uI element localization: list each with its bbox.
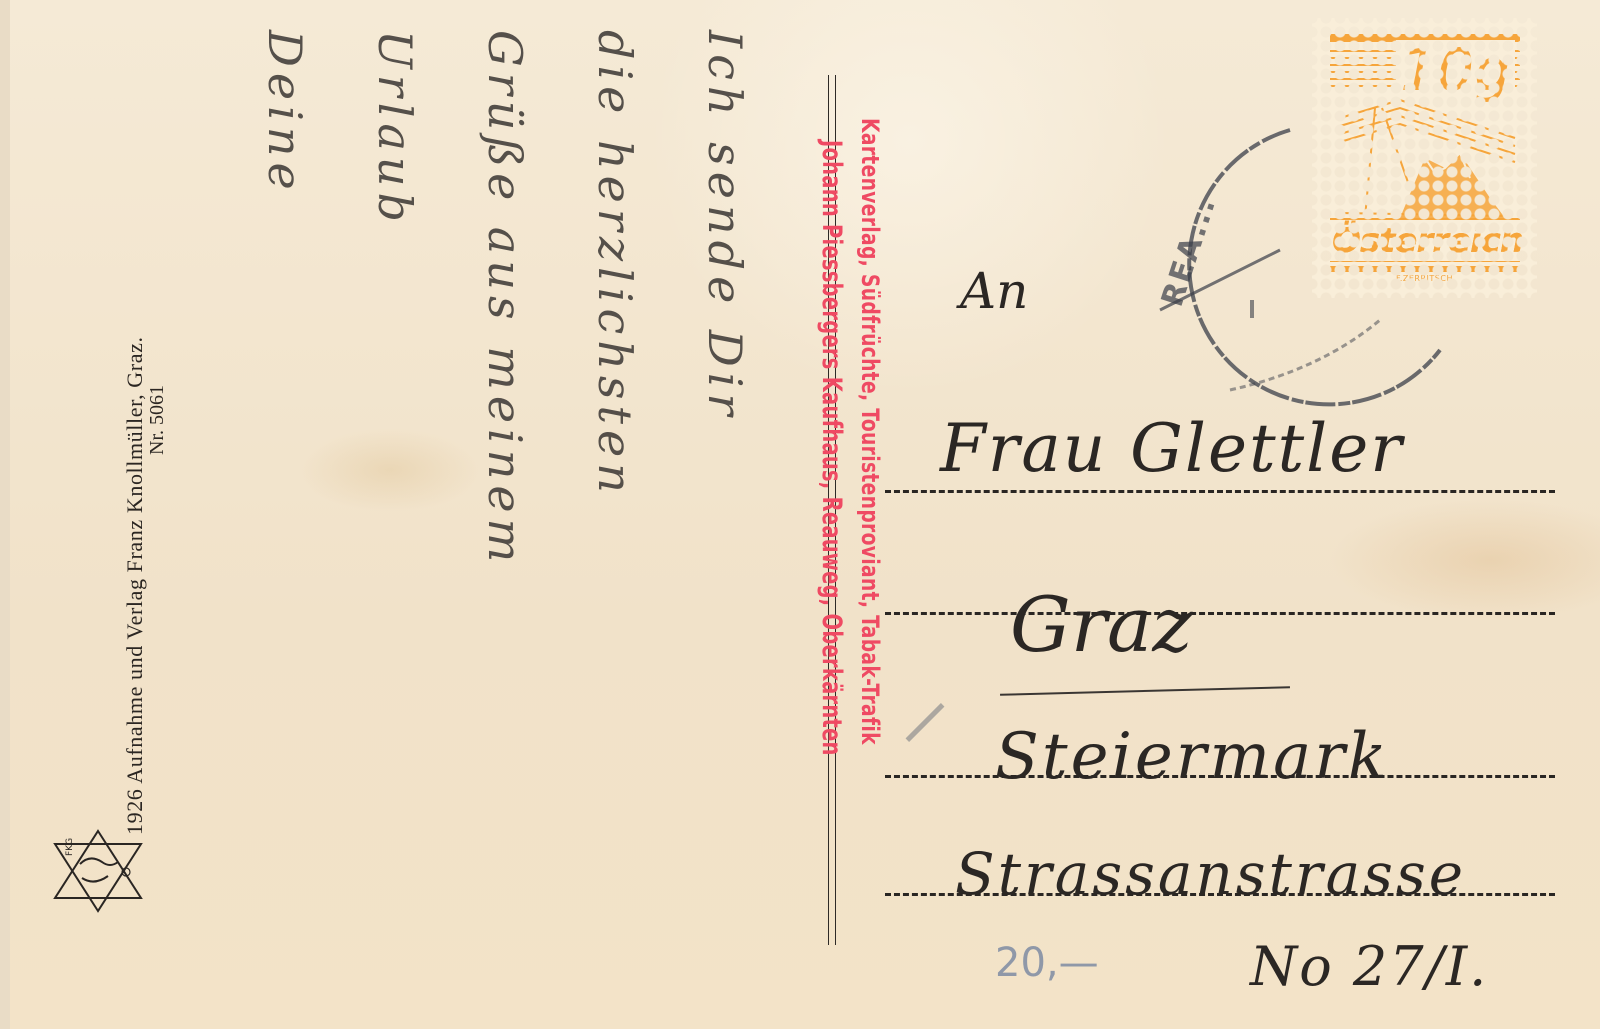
message-line: Grüße aus meinem xyxy=(450,30,560,568)
message-line: Deine xyxy=(230,30,340,568)
publisher-imprint: 1926 Aufnahme und Verlag Franz Knollmüll… xyxy=(122,336,148,835)
address-line xyxy=(885,612,1555,615)
pencil-price-note: 20,— xyxy=(995,940,1099,986)
address-recipient: Frau Glettler xyxy=(940,410,1404,487)
merchant-stamp-line-1: Kartenverlag, Südfrüchte, Touristenprovi… xyxy=(856,118,884,745)
city-underline xyxy=(1000,686,1290,696)
stamp-country-label: Österreich xyxy=(1330,221,1525,261)
postcard-back: 1926 Aufnahme und Verlag Franz Knollmüll… xyxy=(0,0,1600,1029)
pencil-mark xyxy=(906,703,945,742)
address-city: Graz xyxy=(1010,580,1192,669)
address-salutation: An xyxy=(960,262,1028,320)
publisher-line: 1926 Aufnahme und Verlag Franz Knollmüll… xyxy=(122,336,148,835)
address-region: Steiermark xyxy=(995,720,1390,794)
message-line: Ich sende Dir xyxy=(670,30,780,568)
address-house-number: No 27/I. xyxy=(1250,935,1488,998)
address-street: Strassanstrasse xyxy=(955,840,1466,908)
message-line: die herzlichsten xyxy=(560,30,670,568)
svg-text:FKG: FKG xyxy=(65,838,75,856)
alpine-landscape-icon xyxy=(1330,98,1520,228)
card-number: Nr. 5061 xyxy=(146,385,169,455)
stamp-country: Österreich xyxy=(1330,218,1520,272)
merchant-stamp-line-2: Johann Piessbergers Kaufhaus, Reauweg, O… xyxy=(816,140,847,756)
hexagram-star-logo-icon: FKG xyxy=(48,826,148,916)
address-line xyxy=(885,490,1555,493)
postage-stamp: 10g Österreich F.ZERRITSCH xyxy=(1312,18,1537,298)
stamp-designer: F.ZERRITSCH xyxy=(1312,274,1537,283)
handwritten-message: Ich sende Dir die herzlichsten Grüße aus… xyxy=(230,30,780,568)
stamp-value: 10g xyxy=(1396,40,1515,100)
message-line: Urlaub xyxy=(340,30,450,568)
